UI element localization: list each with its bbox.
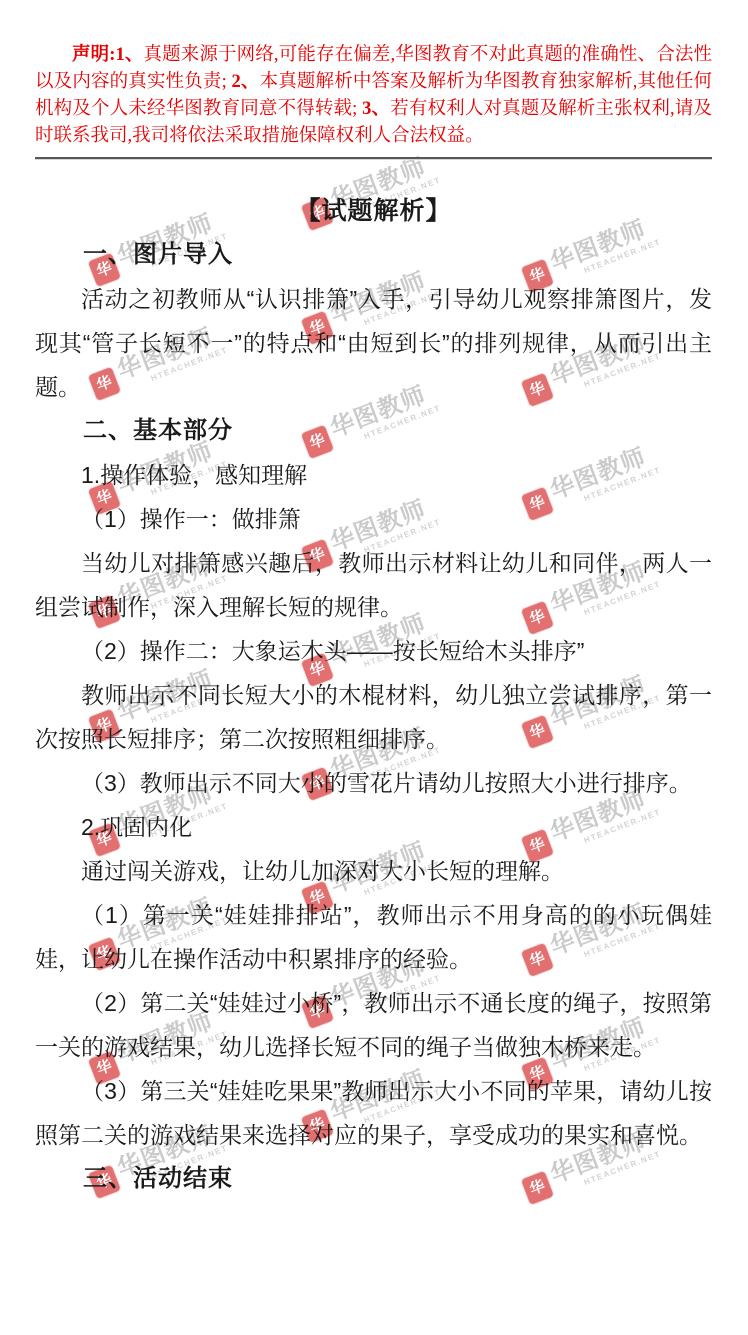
- body-paragraph: 2.巩固内化: [35, 805, 712, 849]
- section-heading: 三、活动结束: [35, 1157, 712, 1201]
- body-paragraph: 1.操作体验，感知理解: [35, 453, 712, 497]
- body-paragraph: （2）第二关“娃娃过小桥”，教师出示不通长度的绳子，按照第一关的游戏结果，幼儿选…: [35, 981, 712, 1069]
- disclaimer-segment: 3、: [362, 99, 390, 119]
- page-title: 【试题解析】: [35, 189, 712, 233]
- divider-line: [35, 157, 712, 159]
- body-paragraph: 活动之初教师从“认识排箫”入手，引导幼儿观察排箫图片，发现其“管子长短不一”的特…: [35, 277, 712, 409]
- body-paragraph: 通过闯关游戏，让幼儿加深对大小长短的理解。: [35, 849, 712, 893]
- analysis-body: 一、图片导入活动之初教师从“认识排箫”入手，引导幼儿观察排箫图片，发现其“管子长…: [35, 233, 712, 1201]
- disclaimer-segment: 2、: [232, 72, 260, 92]
- body-paragraph: （3）教师出示不同大小的雪花片请幼儿按照大小进行排序。: [35, 761, 712, 805]
- section-heading: 二、基本部分: [35, 409, 712, 453]
- section-heading: 一、图片导入: [35, 233, 712, 277]
- body-paragraph: （1）操作一：做排箫: [35, 497, 712, 541]
- body-paragraph: （1）第一关“娃娃排排站”，教师出示不用身高的的小玩偶娃娃，让幼儿在操作活动中积…: [35, 893, 712, 981]
- document-content: 声明:1、真题来源于网络,可能存在偏差,华图教育不对此真题的准确性、合法性以及内…: [0, 0, 748, 1201]
- body-paragraph: 教师出示不同长短大小的木棍材料，幼儿独立尝试排序，第一次按照长短排序；第二次按照…: [35, 673, 712, 761]
- document-page: 华华图教师HTEACHER.NET华华图教师HTEACHER.NET华华图教师H…: [0, 0, 748, 1335]
- disclaimer-text: 声明:1、真题来源于网络,可能存在偏差,华图教育不对此真题的准确性、合法性以及内…: [35, 42, 712, 150]
- disclaimer-segment: 声明:: [72, 45, 115, 65]
- body-paragraph: （2）操作二：大象运木头——按长短给木头排序”: [35, 629, 712, 673]
- disclaimer-segment: 1、: [115, 45, 143, 65]
- body-paragraph: 当幼儿对排箫感兴趣后，教师出示材料让幼儿和同伴，两人一组尝试制作，深入理解长短的…: [35, 541, 712, 629]
- body-paragraph: （3）第三关“娃娃吃果果”教师出示大小不同的苹果，请幼儿按照第二关的游戏结果来选…: [35, 1069, 712, 1157]
